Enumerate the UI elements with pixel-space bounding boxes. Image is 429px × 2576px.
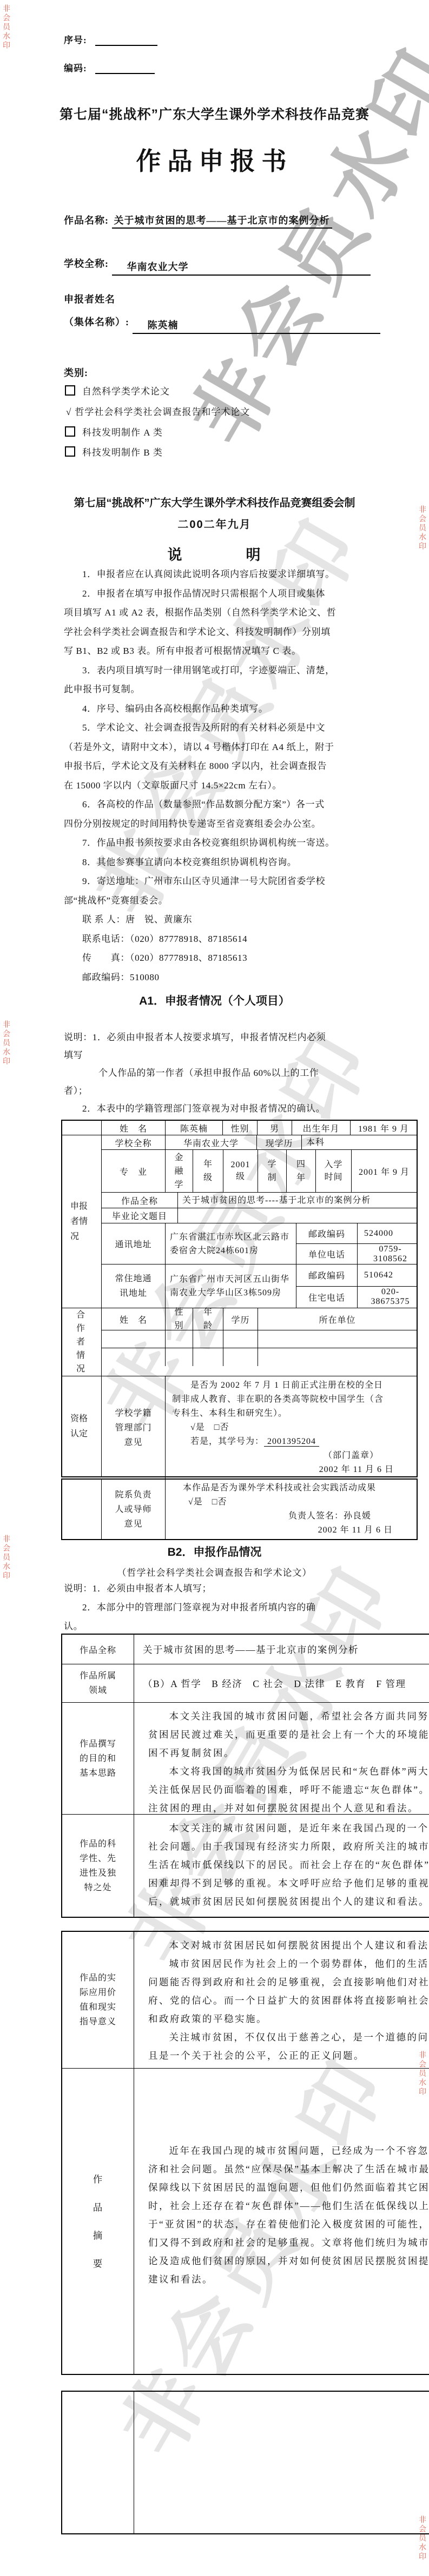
work-abstract-content: 近年在我国凸现的城市贫困问题，已经成为一个不容忽视的经济和社会问题。虽然“应保尽… [134,2069,429,2374]
work-purpose-content: 本文关注我国的城市贫困问题，希望社会各方面共同努力帮助贫困居民渡过难关，而更重要… [134,1703,429,1814]
work-phone-label-cell: 单位电话 [296,1244,358,1264]
work-title-label-cell: 作品全称 [102,1193,177,1208]
applicant-group-label-cell: 申报者情况 [62,1135,101,1308]
qualification-group-body: 学校学籍管理部门意见 是否为 2002 年 7 月 1 日前正式注册在校的全日 … [101,1376,417,1476]
school-label: 学校全称: [64,258,109,269]
collab-age-header-cell: 年龄 [193,1308,223,1330]
qualification-row: 学校学籍管理部门意见 是否为 2002 年 7 月 1 日前正式注册在校的全日 … [102,1376,417,1479]
category-item-label: 自然科学类学术论文 [82,386,170,397]
birth-label-cell: 出生年月 [292,1121,350,1135]
qualification-date: 2002 年 11 月 6 日 [172,1463,410,1477]
supervisor-signature: 负责人签名：孙良媛 [173,1509,409,1523]
qualification-group: 资格认定 学校学籍管理部门意见 是否为 2002 年 7 月 1 日前正式注册在… [62,1376,417,1476]
name-value-cell: 陈英楠 [165,1121,222,1135]
school-value-cell: 华南农业大学 [165,1135,256,1149]
empty-cell [102,1348,165,1366]
red-edge-watermark: 非会员水印 [1,4,12,50]
applicant-label-line1: 申报者姓名 [64,292,115,306]
serial-number-field: 序号: [64,32,157,46]
degree-label-cell: 现学历 [256,1135,301,1149]
contact-person-line: 联 系 人：唐 锐、黄廉东 [64,910,378,929]
b2-section-subtitle: （哲学社会科学类社会调查报告和学术论文） [0,1565,429,1578]
work-science-label: 作品的科学性、先进性及独特之处 [77,1837,119,1895]
work-science-content: 本文关注的城市贫困问题，是近年来在我国凸现的一个经济和社会问题。由于我国现有经济… [134,1815,429,1917]
work-name-value: 关于城市贫困的思考——基于北京市的案例分析 [112,213,332,229]
work-field-value-cell: （B）A 哲学 B 经济 C 社会 D 法律 E 教育 F 管理 [134,1664,429,1702]
collaborator-empty-row [102,1330,417,1348]
instructions-line: 申报书后，学术论文及有关材料在 8000 字以内，社会调查报告 [64,757,378,776]
home-phone-row: 住宅电话 020-38675375 [296,1286,417,1308]
work-field-label: 作品所属领域 [77,1669,119,1698]
instructions-body: 1．申报者应在认真阅读此说明各项内容后按要求详细填写。 2．申报者在填写申报作品… [64,565,378,987]
qualification-checkboxes: √是 □否 [172,1421,410,1435]
qualification-line: 是否为 2002 年 7 月 1 日前正式注册在校的全日 [172,1379,410,1393]
address-contact-stack: 邮政编码 524000 单位电话 0759-3108562 [296,1223,417,1264]
empty-label-cell [62,2392,134,2533]
work-value-label: 作品的实际应用价值和现实指导意义 [77,1971,119,2029]
grade-value: 2001级 [228,1159,253,1183]
instructions-line: 项目填写 A1 或 A2 表，根据作品类别（自然科学类学术论文、哲 [64,603,378,623]
red-edge-watermark: 非会员水印 [417,505,428,551]
work-abstract-label: 作品摘要 [92,2165,104,2278]
home-zip-label-cell: 邮政编码 [296,1264,358,1286]
applicant-value-line: 陈英楠 [133,318,380,334]
table-row-school: 学校全称 华南农业大学 现学历 本科 [102,1135,417,1149]
empty-cell [258,1348,417,1366]
instructions-line: 8．其他参赛事宜请向本校竞赛组织协调机构咨询。 [64,853,378,872]
category-label: 类别: [64,365,88,379]
applicant-info-group: 申报者情况 学校全称 华南农业大学 现学历 本科 专 业 金融学 年级 2001… [62,1135,417,1308]
instructions-line: （若是外文，请附中文本），请以 4 号楷体打印在 A4 纸上，附于 [64,738,378,757]
work-value-content: 本文对城市贫困居民如何摆脱贫困提出个人建议和看法。 城市贫困居民作为社会上的一个… [134,1932,429,2068]
registrar-opinion-label: 学校学籍管理部门意见 [113,1406,155,1450]
collab-name-header-cell: 姓 名 [102,1308,165,1330]
applicant-value: 陈英楠 [148,320,179,331]
b2-note-line: 说明：1．必须由申报者本人填写； [64,1579,378,1598]
home-phone-value-cell: 020-38675375 [358,1287,417,1308]
zip-label-cell: 邮政编码 [296,1223,358,1243]
registrar-opinion-label-cell: 学校学籍管理部门意见 [102,1376,165,1479]
home-address-value-cell: 广东省广州市天河区五山街华南农业大学华山区3栋509房 [165,1264,296,1308]
table-row-mailing-address: 通讯地址 广东省湛江市赤坎区北云路市委宿舍大院24栋601房 邮政编码 5240… [102,1223,417,1264]
seal-line: （部门盖章） [172,1449,410,1463]
category-item-label: 科技发明制作 A 类 [82,427,163,438]
work-purpose-label: 作品撰写的目的和基本思路 [77,1737,119,1781]
qualification-group-label: 资格认定 [70,1411,93,1442]
checkbox-icon [65,446,75,457]
checkbox-icon [65,426,75,437]
collab-age-header: 年龄 [203,1306,214,1333]
b2-work-table-2: 作品的实际应用价值和现实指导意义 本文对城市贫困居民如何摆脱贫困提出个人建议和看… [61,1931,429,2375]
code-label: 编码: [64,63,87,73]
work-abstract-label-cell: 作品摘要 [62,2069,134,2374]
purpose-paragraph: 本文关注我国的城市贫困问题，希望社会各方面共同努力帮助贫困居民渡过难关，而更重要… [148,1707,429,1762]
red-edge-watermark: 非会员水印 [417,2515,428,2561]
school-value-line: 华南农业大学 [112,259,371,276]
major-value: 金融学 [174,1151,184,1192]
table-row-work-title: 作品全称 关于城市贫困的思考----基于北京市的案例分析 [102,1192,417,1208]
application-form-document: 非会员水印 非会员水印 非会员水印 非会员水印 非会员水印 非会员水印 非会员水… [0,0,429,2576]
grade-value-cell: 2001级 [223,1150,258,1192]
department-opinion-label-cell: 院系负责人或导师意见 [101,1480,165,1539]
qualification-line: 专科生、本科生和研究生）。 [172,1407,410,1421]
corner-cell [62,1121,101,1135]
collaborator-header-row: 姓 名 性别 年龄 学历 所在单位 [102,1308,417,1330]
date-line: 二00二年九月 [0,516,429,531]
b2-notes: 说明：1．必须由申报者本人填写； 2．本部分中的管理部门签章视为对申报者所填内容… [64,1579,378,1636]
value-paragraph: 关注城市贫困，不仅仅出于慈善之心，是一个道德的问题；而且是一个关于社会的公平，公… [148,2028,429,2065]
instructions-title: 说 明 [0,543,429,564]
length-value: 四年 [296,1157,307,1185]
instructions-line: 学社会科学类社会调查报告和学术论文、科技发明制作）分别填 [64,623,378,642]
work-purpose-label-cell: 作品撰写的目的和基本思路 [62,1703,134,1814]
a1-applicant-table: 姓 名 陈英楠 性别 男 出生年月 1981 年 9 月 申报者情况 学校全称 … [61,1120,418,1477]
home-zip-value-cell: 510642 [358,1264,417,1286]
instructions-line: 3．表内项目填写时一律用钢笔或打印，字迹要端正、清楚， [64,661,378,680]
instructions-line: 4．序号、编码由各高校根据作品种类填写。 [64,699,378,719]
applicant-group-label: 申报者情况 [70,1199,93,1244]
work-field-label-cell: 作品所属领域 [62,1664,134,1702]
length-value-cell: 四年 [286,1150,315,1192]
empty-cell [223,1348,258,1366]
empty-cell [193,1330,223,1348]
department-opinion-label: 院系负责人或导师意见 [113,1488,155,1531]
a1-note-line: 者）； [64,1082,378,1100]
birth-value-cell: 1981 年 9 月 [350,1121,417,1135]
category-item-invention-a: 科技发明制作 A 类 [65,425,163,438]
instructions-line: 1．申报者应在认真阅读此说明各项内容后按要求详细填写。 [64,565,378,584]
major-value-cell: 金融学 [165,1150,193,1192]
address-value-cell: 广东省湛江市赤坎区北云路市委宿舍大院24栋601房 [165,1223,296,1264]
empty-cell [102,1330,165,1348]
work-phone-row: 单位电话 0759-3108562 [296,1243,417,1264]
grade-label-cell: 年级 [193,1150,223,1192]
student-id-prefix: 若是，其学号为： [190,1437,264,1446]
home-address-label-cell: 常住地通讯地址 [102,1264,165,1308]
instructions-line: 5．学术论文、社会调查报告及所附的有关材料必须是中文 [64,718,378,738]
empty-cell [193,1348,223,1366]
address-label-cell: 通讯地址 [102,1223,165,1264]
home-contact-stack: 邮政编码 510642 住宅电话 020-38675375 [296,1264,417,1308]
b2-work-table-1: 作品全称 关于城市贫困的思考——基于北京市的案例分析 作品所属领域 （B）A 哲… [61,1634,429,1918]
collab-gender-header: 性别 [174,1306,184,1333]
home-zip-row: 邮政编码 510642 [296,1264,417,1286]
major-label-cell: 专 业 [102,1150,165,1192]
work-name-label: 作品名称: [64,215,109,226]
collaborator-group: 合作者情况 姓 名 性别 年龄 学历 所在单位 [62,1308,417,1376]
a1-note-line: 个人作品的第一作者（承担申报作品 60%以上的工作 [64,1064,378,1082]
empty-content-cell [134,2392,429,2533]
student-id-value: 2001395204 [264,1437,319,1447]
table-row-name: 姓 名 陈英楠 性别 男 出生年月 1981 年 9 月 [62,1121,417,1135]
abstract-paragraph: 近年在我国凸现的城市贫困问题，已经成为一个不容忽视的经济和社会问题。虽然“应保尽… [148,2142,429,2289]
check-mark-icon: √ [66,407,71,417]
instructions-line: 6．各高校的作品（数量参照“作品数额分配方案”）各一式 [64,795,378,814]
work-fulltitle-value-cell: 关于城市贫困的思考——基于北京市的案例分析 [134,1635,429,1664]
work-value-row: 作品的实际应用价值和现实指导意义 本文对城市贫困居民如何摆脱贫困提出个人建议和看… [62,1932,429,2068]
red-edge-watermark: 非会员水印 [417,2051,428,2097]
serial-number-label: 序号: [64,35,87,45]
work-value-label-cell: 作品的实际应用价值和现实指导意义 [62,1932,134,2068]
thesis-value-cell [177,1208,417,1223]
registrar-opinion-content: 是否为 2002 年 7 月 1 日前正式注册在校的全日 制非成人教育、非在职的… [165,1376,417,1479]
category-item-invention-b: 科技发明制作 B 类 [65,445,163,458]
work-abstract-row: 作品摘要 近年在我国凸现的城市贫困问题，已经成为一个不容忽视的经济和社会问题。虽… [62,2068,429,2374]
code-blank [95,62,155,74]
category-item-label: 科技发明制作 B 类 [82,447,163,458]
work-science-label-cell: 作品的科学性、先进性及独特之处 [62,1815,134,1917]
applicant-row: （集体名称）: 陈英楠 [64,315,380,334]
a1-note-line: 2．本表中的学籍管理部门签章视为对申报者情况的确认。 [64,1100,378,1118]
name-label-cell: 姓 名 [101,1121,165,1135]
contact-phone-line: 联系电话：（020）87778918、87185614 [64,929,378,949]
collab-gender-header-cell: 性别 [165,1308,193,1330]
department-opinion-table: 院系负责人或导师意见 本作品是否为课外学术科技或社会实践活动成果 √是 □否 负… [61,1478,418,1540]
b2-section-title: B2．申报作品情况 [0,1543,429,1560]
a1-note-line: 说明：1．必须由申报者本人按要求填写，申报者情况栏内必须 [64,1028,378,1046]
work-science-row: 作品的科学性、先进性及独特之处 本文关注的城市贫困问题，是近年来在我国凸现的一个… [62,1814,429,1917]
committee-line: 第七届“挑战杯”广东大学生课外学术科技作品竞赛组委会制 [0,494,429,510]
form-title: 作品申报书 [0,142,429,177]
category-item-label: 哲学社会科学类社会调查报告和学术论文 [75,407,250,417]
work-fulltitle-row: 作品全称 关于城市贫困的思考——基于北京市的案例分析 [62,1635,429,1664]
grade-label: 年级 [203,1157,214,1185]
a1-section-title: A1．申报者情况（个人项目） [0,992,429,1008]
science-paragraph: 本文关注的城市贫困问题，是近年来在我国凸现的一个经济和社会问题。由于我国现有经济… [148,1819,429,1911]
collab-org-header-cell: 所在单位 [258,1308,417,1330]
department-opinion-date: 2002 年 11 月 6 日 [173,1523,409,1537]
table-row-home-address: 常住地通讯地址 广东省广州市天河区五山街华南农业大学华山区3栋509房 邮政编码… [102,1264,417,1308]
department-opinion-content: 本作品是否为课外学术科技或社会实践活动成果 √是 □否 负责人签名：孙良媛 20… [165,1480,417,1539]
a1-note-line: 填写 [64,1046,378,1064]
postcode-line: 邮政编码：510080 [64,968,378,987]
red-edge-watermark: 非会员水印 [1,1535,12,1581]
serial-number-blank [95,34,157,46]
work-title-value-cell: 关于城市贫困的思考----基于北京市的案例分析 [177,1193,417,1208]
length-label-cell: 学制 [258,1150,286,1192]
work-phone-value-cell: 0759-3108562 [358,1244,417,1264]
school-row: 学校全称: 华南农业大学 [64,256,371,276]
department-opinion-line: 本作品是否为课外学术科技或社会实践活动成果 [173,1481,409,1495]
work-purpose-row: 作品撰写的目的和基本思路 本文关注我国的城市贫困问题，希望社会各方面共同努力帮助… [62,1702,429,1814]
gender-value-cell: 男 [257,1121,292,1135]
enroll-label-cell: 入学时间 [315,1150,351,1192]
enroll-label: 入学时间 [322,1159,345,1183]
work-name-row: 作品名称: 关于城市贫困的思考——基于北京市的案例分析 [64,213,332,229]
instructions-line: 9．寄送地址：广州市东山区寺贝通津一号大院团省委学校 [64,872,378,891]
fax-line: 传 真：（020）87778918、87185613 [64,948,378,968]
instructions-line: 部“挑战杯”竞赛组委会。 [64,891,378,911]
applicant-label-line2: （集体名称）: [64,317,129,327]
empty-left-cell [62,1480,101,1539]
value-paragraph: 本文对城市贫困居民如何摆脱贫困提出个人建议和看法。 [148,1936,429,1955]
zip-row: 邮政编码 524000 [296,1223,417,1243]
instructions-line: 写 B1、B2 或 B3 表。所有申报者可根据情况填写 C 表。 [64,641,378,661]
checkbox-icon [65,385,75,396]
work-fulltitle-label-cell: 作品全称 [62,1635,134,1664]
collaborator-group-label: 合作者情况 [76,1308,87,1376]
degree-value-cell: 本科 [301,1135,417,1149]
school-value: 华南农业大学 [127,262,189,272]
category-item-natural-science: 自然科学类学术论文 [65,384,170,397]
enroll-value-cell: 2001 年 9 月 [351,1150,417,1192]
empty-cell [165,1330,193,1348]
length-label: 学制 [267,1157,278,1185]
qualification-group-label-cell: 资格认定 [62,1376,101,1476]
zip-value-cell: 524000 [358,1223,417,1243]
category-item-social-science: √哲学社会科学类社会调查报告和学术论文 [66,404,250,418]
empty-cell [223,1330,258,1348]
student-id-line: 若是，其学号为：2001395204 [172,1435,410,1449]
b2-note-line: 认。 [64,1617,378,1636]
purpose-paragraph: 本文将我国的城市贫困分为低保居民和“灰色群体”两大部分，关注低保居民仍面临着的困… [148,1762,429,1817]
department-opinion-checkboxes: √是 □否 [173,1495,409,1509]
qualification-line: 制非成人教育、非在职的各类高等院校中国学生（含 [172,1393,410,1407]
collaborator-group-label-cell: 合作者情况 [62,1308,101,1376]
gender-label-cell: 性别 [222,1121,257,1135]
a1-notes: 说明：1．必须由申报者本人按要求填写，申报者情况栏内必须 填写 个人作品的第一作… [64,1028,378,1118]
contest-title: 第七届“挑战杯”广东大学生课外学术科技作品竞赛 [0,104,429,123]
collab-degree-header-cell: 学历 [223,1308,258,1330]
code-field: 编码: [64,61,155,74]
table-row-major: 专 业 金融学 年级 2001级 学制 四年 入学时间 2001 年 9 月 [102,1149,417,1192]
value-paragraph: 城市贫困居民作为社会上的一个弱势群体，他们的生活和发展问题能否得到政府和社会的足… [148,1955,429,2028]
instructions-line: 此申报书可复制。 [64,680,378,699]
collaborator-group-body: 姓 名 性别 年龄 学历 所在单位 [101,1308,417,1376]
home-address-label: 常住地通讯地址 [113,1272,155,1301]
instructions-line: 在 15000 字以内（文章版面尺寸 14.5×22cm 左右）。 [64,776,378,795]
home-phone-label-cell: 住宅电话 [296,1287,358,1308]
instructions-line: 2．申报者在填写申报作品情况时只需根据个人项目或集体 [64,584,378,604]
work-field-row: 作品所属领域 （B）A 哲学 B 经济 C 社会 D 法律 E 教育 F 管理 [62,1664,429,1702]
applicant-group-body: 学校全称 华南农业大学 现学历 本科 专 业 金融学 年级 2001级 学制 四… [101,1135,417,1308]
b2-work-table-3 [61,2391,429,2534]
instructions-line: 四份分别按规定的时间用特快专递寄至省竞赛组委会办公室。 [64,814,378,834]
instructions-line: 7．作品申报书须按要求由各校竞赛组织协调机构统一寄送。 [64,833,378,853]
table-row-thesis: 毕业论文题目 [102,1208,417,1223]
b2-note-line: 2．本部分中的管理部门签章视为对申报者所填内容的确 [64,1598,378,1617]
empty-cell [258,1330,417,1348]
empty-cell [165,1348,193,1366]
thesis-label-cell: 毕业论文题目 [102,1208,177,1223]
collaborator-empty-row [102,1348,417,1366]
school-label-cell: 学校全称 [102,1135,165,1149]
red-edge-watermark: 非会员水印 [1,1020,12,1066]
